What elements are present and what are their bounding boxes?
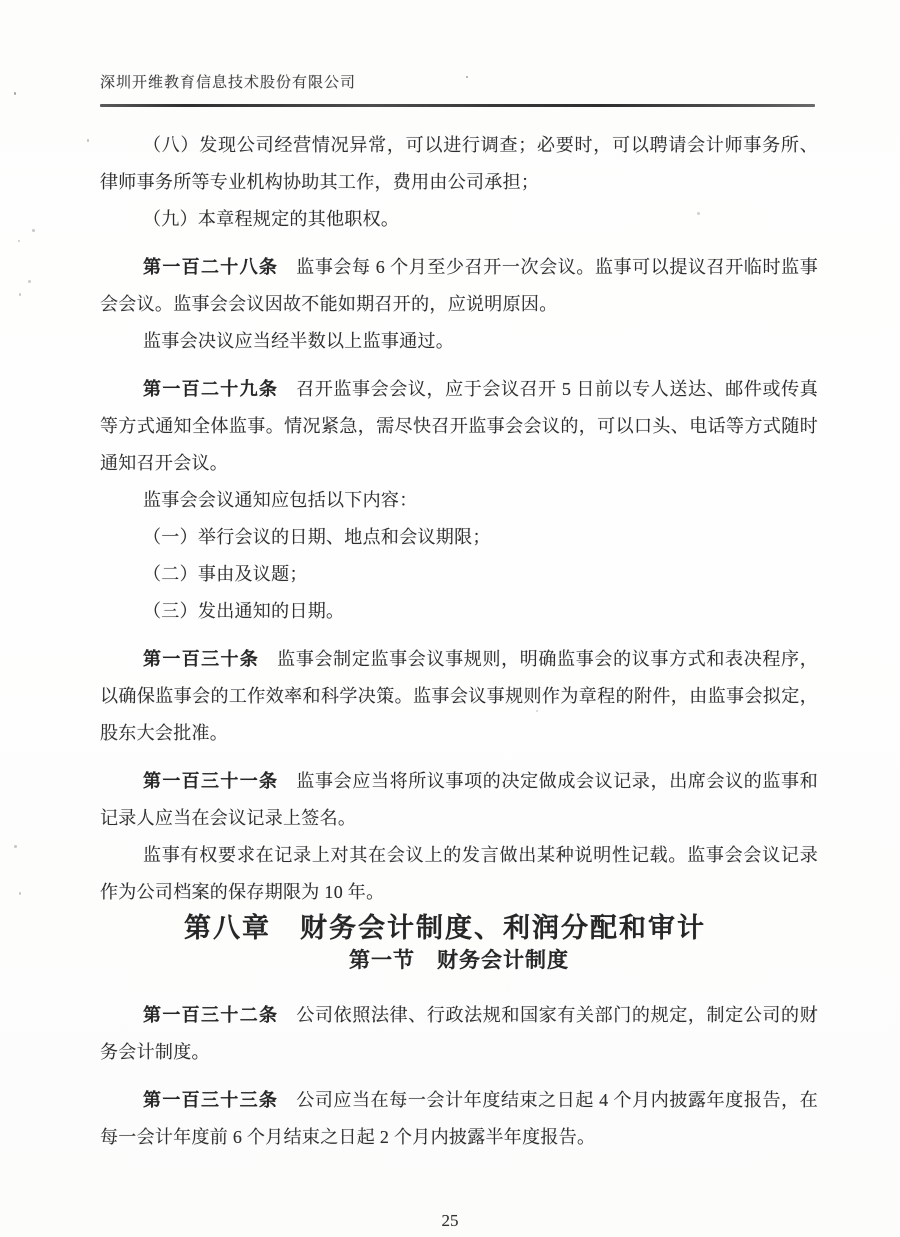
- body-paragraph: 监事会会议通知应包括以下内容：: [100, 482, 818, 519]
- article-number: 第一百三十一条: [143, 771, 278, 791]
- scan-speck: [466, 76, 468, 78]
- scan-speck: [14, 845, 17, 848]
- scan-speck: [87, 139, 89, 142]
- scan-speck: [28, 280, 31, 283]
- body-paragraph: （一）举行会议的日期、地点和会议期限；: [100, 519, 818, 556]
- scan-speck: [18, 240, 20, 242]
- header-divider: [100, 104, 815, 107]
- scan-speck: [19, 293, 21, 296]
- article-paragraph: 第一百二十八条监事会每 6 个月至少召开一次会议。监事可以提议召开临时监事会会议…: [100, 249, 818, 323]
- chapter-heading: 第八章 财务会计制度、利润分配和审计: [86, 911, 804, 945]
- body-paragraph: 监事有权要求在记录上对其在会议上的发言做出某种说明性记载。监事会会议记录作为公司…: [100, 837, 818, 911]
- body-paragraph: （三）发出通知的日期。: [100, 593, 818, 630]
- scan-speck: [19, 892, 21, 895]
- article-paragraph: 第一百三十二条公司依照法律、行政法规和国家有关部门的规定，制定公司的财务会计制度…: [100, 997, 818, 1071]
- body-paragraph: （二）事由及议题；: [100, 556, 818, 593]
- scan-speck: [14, 92, 16, 95]
- scan-speck: [697, 212, 700, 215]
- document-page: 深圳开维教育信息技术股份有限公司 （八）发现公司经营情况异常，可以进行调查；必要…: [0, 0, 900, 1237]
- body-paragraph: 监事会决议应当经半数以上监事通过。: [100, 323, 818, 360]
- article-number: 第一百二十九条: [143, 379, 278, 399]
- scan-speck: [536, 710, 538, 712]
- page-content: 深圳开维教育信息技术股份有限公司 （八）发现公司经营情况异常，可以进行调查；必要…: [100, 0, 818, 1156]
- article-number: 第一百三十三条: [143, 1090, 278, 1110]
- article-number: 第一百三十二条: [143, 1005, 278, 1025]
- article-paragraph: 第一百三十一条监事会应当将所议事项的决定做成会议记录，出席会议的监事和记录人应当…: [100, 763, 818, 837]
- section-heading: 第一节 财务会计制度: [100, 945, 818, 975]
- article-paragraph: 第一百二十九条召开监事会会议，应于会议召开 5 日前以专人送达、邮件或传真等方式…: [100, 371, 818, 482]
- scan-speck: [32, 229, 35, 232]
- article-paragraph: 第一百三十条监事会制定监事会议事规则，明确监事会的议事方式和表决程序，以确保监事…: [100, 641, 818, 752]
- article-number: 第一百二十八条: [143, 257, 278, 277]
- article-number: 第一百三十条: [143, 649, 259, 669]
- page-number: 25: [0, 1211, 900, 1231]
- body-paragraph: （八）发现公司经营情况异常，可以进行调查；必要时，可以聘请会计师事务所、律师事务…: [100, 127, 818, 201]
- company-name-header: 深圳开维教育信息技术股份有限公司: [100, 0, 818, 93]
- body-paragraph: （九）本章程规定的其他职权。: [100, 201, 818, 238]
- article-paragraph: 第一百三十三条公司应当在每一会计年度结束之日起 4 个月内披露年度报告，在每一会…: [100, 1082, 818, 1156]
- document-body: （八）发现公司经营情况异常，可以进行调查；必要时，可以聘请会计师事务所、律师事务…: [100, 127, 818, 1156]
